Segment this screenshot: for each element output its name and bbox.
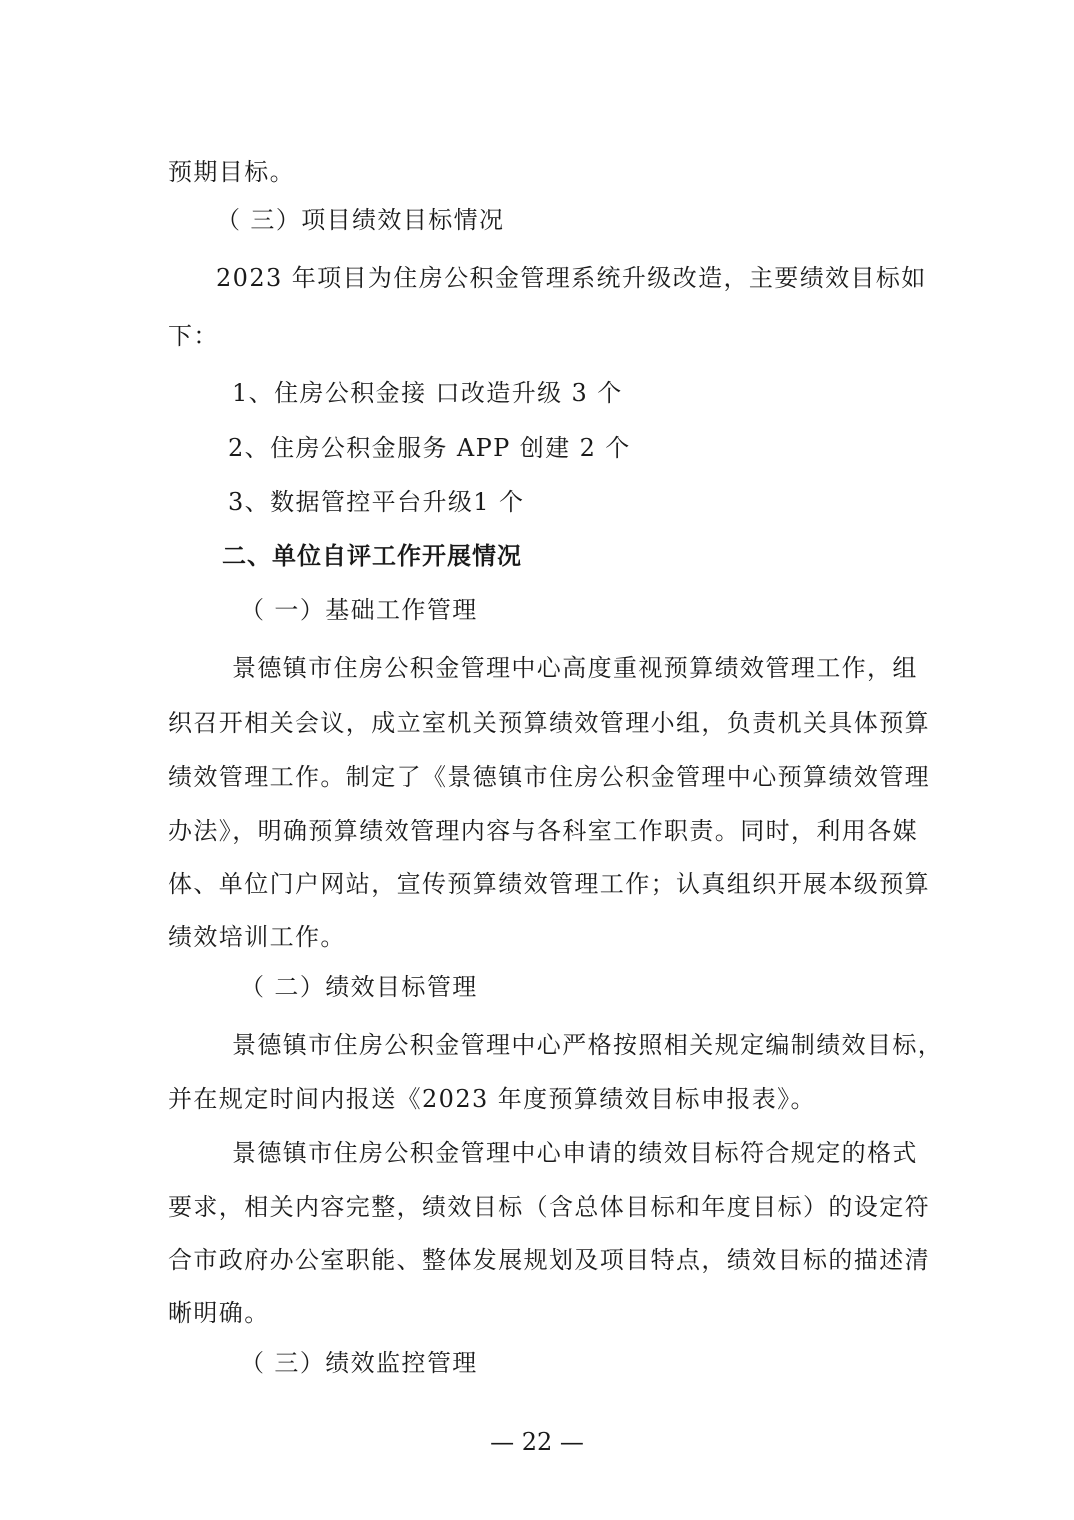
paragraph-line: 2023 年项目为住房公积金管理系统升级改造，主要绩效目标如	[216, 262, 912, 294]
paragraph-line: 要求，相关内容完整，绩效目标（含总体目标和年度目标）的设定符	[168, 1191, 912, 1223]
list-item-1: 1、住房公积金接 口改造升级 3 个	[232, 377, 623, 409]
page-number: — 22 —	[0, 1426, 1074, 1458]
paragraph-line: 体、单位门户网站，宣传预算绩效管理工作；认真组织开展本级预算	[168, 868, 912, 900]
paragraph-line: 合市政府办公室职能、整体发展规划及项目特点，绩效目标的描述清	[168, 1244, 912, 1276]
paragraph-line: 晰明确。	[168, 1297, 270, 1329]
document-page: 预期目标。 （ 三）项目绩效目标情况 2023 年项目为住房公积金管理系统升级改…	[0, 0, 1074, 1520]
paragraph-line: 下：	[168, 320, 219, 352]
paragraph-line: 办法》，明确预算绩效管理内容与各科室工作职责。同时，利用各媒	[168, 815, 912, 847]
paragraph-line: 景德镇市住房公积金管理中心申请的绩效目标符合规定的格式	[232, 1137, 912, 1169]
paragraph-line: 景德镇市住房公积金管理中心高度重视预算绩效管理工作，组	[232, 652, 912, 684]
paragraph-line: 绩效培训工作。	[168, 921, 346, 953]
paragraph-line: 绩效管理工作。制定了《景德镇市住房公积金管理中心预算绩效管理	[168, 761, 912, 793]
subheading-goal-management: （ 二）绩效目标管理	[240, 971, 478, 1003]
subheading-monitoring-management: （ 三）绩效监控管理	[240, 1347, 478, 1379]
paragraph-line: 景德镇市住房公积金管理中心严格按照相关规定编制绩效目标，	[232, 1029, 912, 1061]
list-item-3: 3、数据管控平台升级1 个	[228, 486, 524, 518]
subheading-project-goals: （ 三）项目绩效目标情况	[216, 204, 504, 236]
paragraph-tail: 预期目标。	[168, 156, 295, 188]
subheading-basic-work: （ 一）基础工作管理	[240, 594, 478, 626]
section-heading-self-evaluation: 二、单位自评工作开展情况	[222, 540, 522, 572]
list-item-2: 2、住房公积金服务 APP 创建 2 个	[228, 432, 631, 464]
paragraph-line: 并在规定时间内报送《2023 年度预算绩效目标申报表》。	[168, 1083, 816, 1115]
paragraph-line: 织召开相关会议，成立室机关预算绩效管理小组，负责机关具体预算	[168, 707, 912, 739]
